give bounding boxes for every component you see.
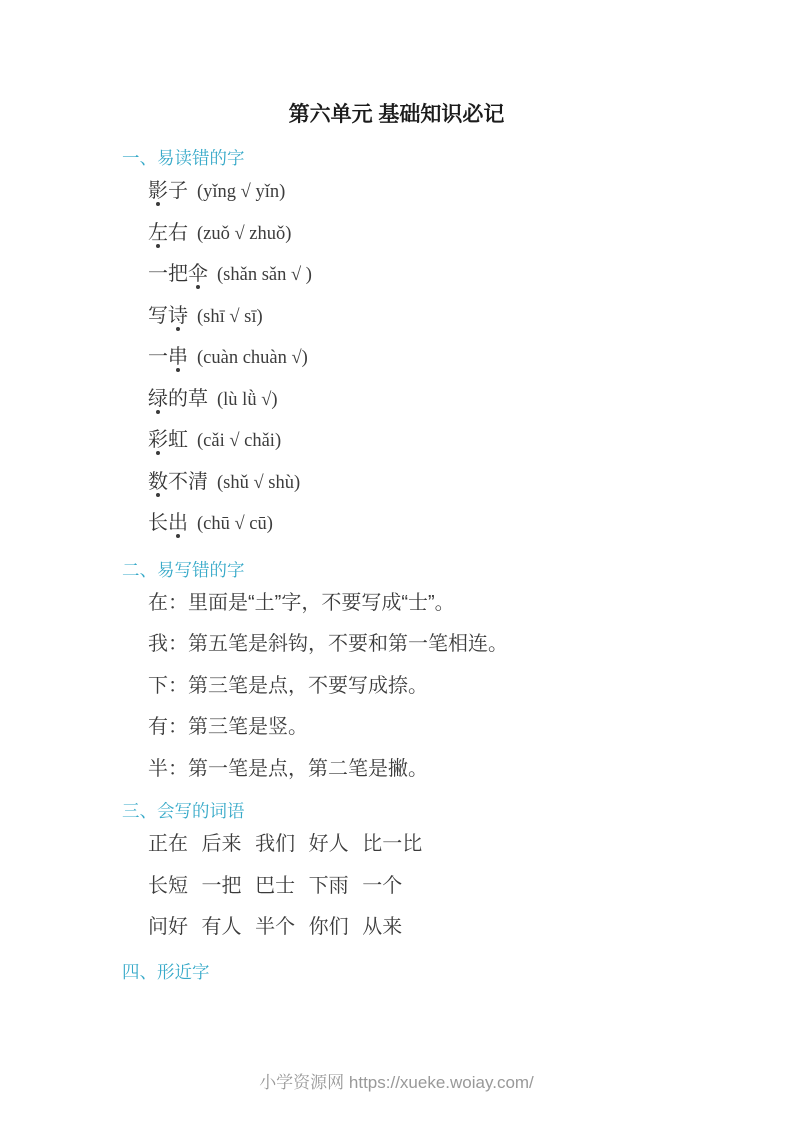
- emphasized-char: 左: [148, 216, 168, 245]
- emphasized-char: 彩: [148, 423, 168, 452]
- word-text: 数不清: [148, 471, 208, 493]
- miswritten-chars-list: 在：里面是“土”字，不要写成“士”。 我：第五笔是斜钩，不要和第一笔相连。 下：…: [122, 583, 793, 791]
- pinyin-text: (chū √ cū): [197, 514, 273, 534]
- section-heading-misread-words: 一、易读错的字: [122, 145, 793, 171]
- word-text: 一串: [148, 346, 188, 368]
- misread-word-item: 影子(yǐng √ yǐn): [148, 171, 793, 213]
- miswrite-note-item: 在：里面是“土”字，不要写成“士”。: [148, 583, 793, 625]
- emphasized-char: 影: [148, 174, 168, 203]
- writable-words-list: 正在 后来 我们 好人 比一比 长短 一把 巴士 下雨 一个 问好 有人 半个 …: [122, 824, 793, 949]
- worksheet-content: 一、易读错的字 影子(yǐng √ yǐn) 左右(zuǒ √ zhuǒ) 一把…: [0, 145, 793, 985]
- pinyin-text: (shǔ √ shù): [217, 473, 300, 493]
- word-text: 左右: [148, 222, 188, 244]
- section-heading-writable-words: 三、会写的词语: [122, 798, 793, 824]
- word-row: 问好 有人 半个 你们 从来: [148, 907, 793, 949]
- misread-word-item: 一把伞(shǎn sǎn √ ): [148, 254, 793, 296]
- section-heading-similar-chars: 四、形近字: [122, 959, 793, 985]
- misread-word-item: 一串(cuàn chuàn √): [148, 337, 793, 379]
- word-text: 绿的草: [148, 388, 208, 410]
- footer-text: 小学资源网 https://xueke.woiay.com/: [259, 1073, 534, 1092]
- word-text: 一把伞: [148, 263, 208, 285]
- footer-credit: 小学资源网 https://xueke.woiay.com/: [0, 1068, 793, 1093]
- misread-word-item: 长出(chū √ cū): [148, 503, 793, 545]
- miswrite-note-item: 半：第一笔是点，第二笔是撇。: [148, 749, 793, 791]
- word-text: 写诗: [148, 305, 188, 327]
- pinyin-text: (lù lǜ √): [217, 390, 278, 410]
- word-row: 长短 一把 巴士 下雨 一个: [148, 866, 793, 908]
- misread-word-item: 绿的草(lù lǜ √): [148, 379, 793, 421]
- misread-word-item: 写诗(shī √ sī): [148, 296, 793, 338]
- word-text: 长出: [148, 512, 188, 534]
- misread-word-item: 左右(zuǒ √ zhuǒ): [148, 213, 793, 255]
- miswrite-note-item: 我：第五笔是斜钩，不要和第一笔相连。: [148, 624, 793, 666]
- pinyin-text: (cǎi √ chǎi): [197, 431, 281, 451]
- word-text: 影子: [148, 180, 188, 202]
- misread-word-item: 数不清(shǔ √ shù): [148, 462, 793, 504]
- emphasized-char: 串: [168, 340, 188, 369]
- emphasized-char: 伞: [188, 257, 208, 286]
- pinyin-text: (cuàn chuàn √): [197, 348, 308, 368]
- misread-word-item: 彩虹(cǎi √ chǎi): [148, 420, 793, 462]
- emphasized-char: 诗: [168, 299, 188, 328]
- pinyin-text: (shī √ sī): [197, 307, 263, 327]
- emphasized-char: 出: [168, 506, 188, 535]
- misread-words-list: 影子(yǐng √ yǐn) 左右(zuǒ √ zhuǒ) 一把伞(shǎn s…: [122, 171, 793, 545]
- emphasized-char: 数: [148, 465, 168, 494]
- pinyin-text: (shǎn sǎn √ ): [217, 265, 312, 285]
- page-title: 第六单元 基础知识必记: [0, 0, 793, 128]
- pinyin-text: (zuǒ √ zhuǒ): [197, 224, 291, 244]
- miswrite-note-item: 有：第三笔是竖。: [148, 707, 793, 749]
- worksheet-page: 第六单元 基础知识必记 一、易读错的字 影子(yǐng √ yǐn) 左右(zu…: [0, 0, 793, 1122]
- section-heading-miswritten-chars: 二、易写错的字: [122, 557, 793, 583]
- word-text: 彩虹: [148, 429, 188, 451]
- word-row: 正在 后来 我们 好人 比一比: [148, 824, 793, 866]
- emphasized-char: 绿: [148, 382, 168, 411]
- miswrite-note-item: 下：第三笔是点，不要写成捺。: [148, 666, 793, 708]
- pinyin-text: (yǐng √ yǐn): [197, 182, 285, 202]
